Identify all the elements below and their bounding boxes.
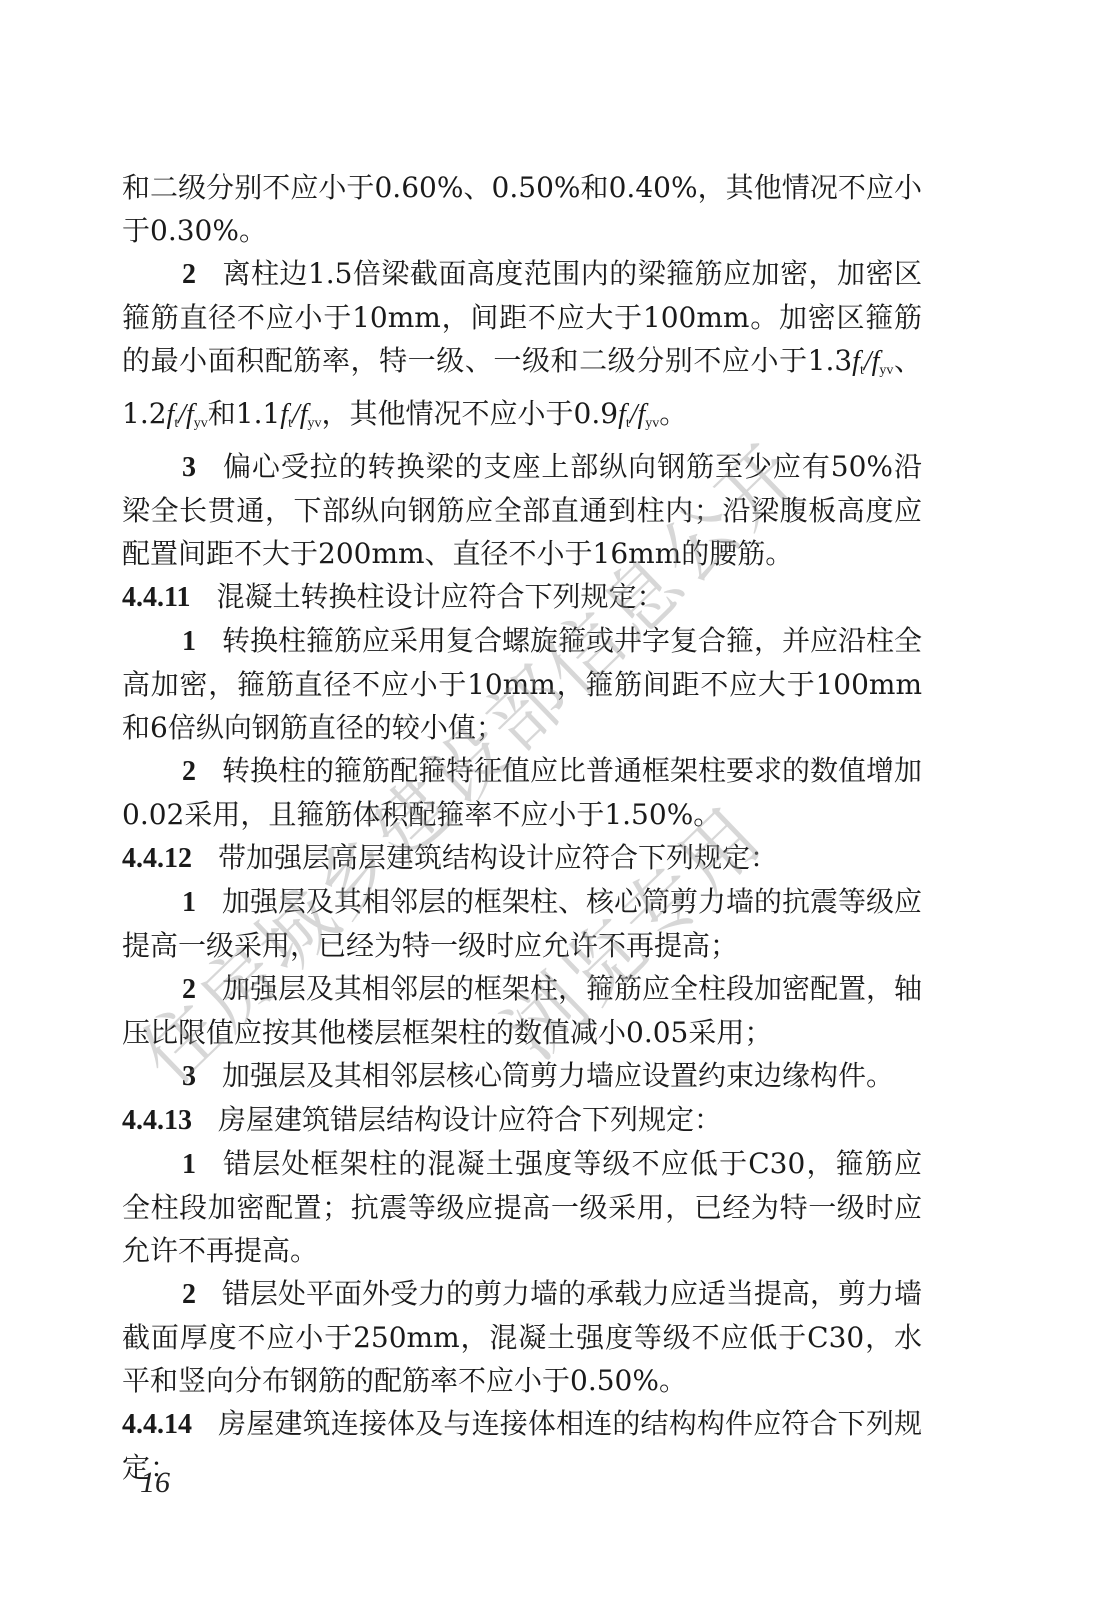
list-item: 1加强层及其相邻层的框架柱、核心筒剪力墙的抗震等级应提高一级采用，已经为特一级时…	[122, 880, 922, 967]
clause-heading: 4.4.14房屋建筑连接体及与连接体相连的结构构件应符合下列规定：	[122, 1402, 922, 1489]
item-number: 3	[182, 1055, 222, 1098]
paragraph-text: 错层处平面外受力的剪力墙的承载力应适当提高，剪力墙截面厚度不应小于250mm，混…	[122, 1277, 922, 1397]
formula: ft/fyv	[167, 399, 208, 430]
list-item: 2转换柱的箍筋配箍特征值应比普通框架柱要求的数值增加0.02采用，且箍筋体积配箍…	[122, 749, 922, 836]
item-number: 2	[182, 1273, 222, 1316]
clause-number: 4.4.12	[122, 837, 192, 880]
item-number: 3	[182, 446, 222, 489]
list-item: 3加强层及其相邻层核心筒剪力墙应设置约束边缘构件。	[122, 1054, 922, 1098]
paragraph-text: 加强层及其相邻层的框架柱，箍筋应全柱段加密配置，轴压比限值应按其他楼层框架柱的数…	[122, 972, 922, 1049]
paragraph-text: 和二级分别不应小于0.60%、0.50%和0.40%，其他情况不应小于0.30%…	[122, 171, 922, 247]
paragraph-continuation: 和二级分别不应小于0.60%、0.50%和0.40%，其他情况不应小于0.30%…	[122, 166, 922, 252]
clause-heading: 4.4.13房屋建筑错层结构设计应符合下列规定：	[122, 1098, 922, 1142]
paragraph-text: 和1.1	[208, 397, 281, 430]
clause-text: 带加强层高层建筑结构设计应符合下列规定：	[218, 841, 778, 874]
list-item: 1错层处框架柱的混凝土强度等级不应低于C30，箍筋应全柱段加密配置；抗震等级应提…	[122, 1142, 922, 1272]
item-number: 1	[182, 620, 222, 663]
clause-text: 房屋建筑连接体及与连接体相连的结构构件应符合下列规定：	[122, 1407, 922, 1484]
clause-number: 4.4.14	[122, 1403, 192, 1446]
item-number: 2	[182, 253, 222, 296]
item-number: 1	[182, 881, 222, 924]
paragraph-text: 离柱边1.5倍梁截面高度范围内的梁箍筋应加密，加密区箍筋直径不应小于10mm，间…	[122, 257, 922, 377]
page-number: 16	[140, 1466, 170, 1500]
document-page: 和二级分别不应小于0.60%、0.50%和0.40%，其他情况不应小于0.30%…	[0, 0, 1103, 1598]
item-number: 2	[182, 968, 222, 1011]
paragraph-text: 偏心受拉的转换梁的支座上部纵向钢筋至少应有50%沿梁全长贯通，下部纵向钢筋应全部…	[122, 450, 922, 570]
formula: ft/fyv	[618, 399, 659, 430]
formula: ft/fyv	[280, 399, 321, 430]
clause-heading: 4.4.11混凝土转换柱设计应符合下列规定：	[122, 575, 922, 619]
paragraph-text: 加强层及其相邻层核心筒剪力墙应设置约束边缘构件。	[222, 1059, 894, 1092]
paragraph-text: ，其他情况不应小于0.9	[322, 397, 619, 430]
list-item: 2加强层及其相邻层的框架柱，箍筋应全柱段加密配置，轴压比限值应按其他楼层框架柱的…	[122, 967, 922, 1054]
paragraph-text: 。	[659, 397, 687, 430]
formula: ft/fyv	[852, 346, 893, 377]
clause-text: 混凝土转换柱设计应符合下列规定：	[216, 580, 664, 613]
list-item: 2错层处平面外受力的剪力墙的承载力应适当提高，剪力墙截面厚度不应小于250mm，…	[122, 1272, 922, 1402]
clause-number: 4.4.11	[122, 576, 190, 619]
paragraph-text: 加强层及其相邻层的框架柱、核心筒剪力墙的抗震等级应提高一级采用，已经为特一级时应…	[122, 885, 922, 962]
paragraph-text: 错层处框架柱的混凝土强度等级不应低于C30，箍筋应全柱段加密配置；抗震等级应提高…	[122, 1147, 922, 1267]
clause-number: 4.4.13	[122, 1099, 192, 1142]
paragraph-text: 转换柱的箍筋配箍特征值应比普通框架柱要求的数值增加0.02采用，且箍筋体积配箍率…	[122, 754, 922, 831]
list-item: 3偏心受拉的转换梁的支座上部纵向钢筋至少应有50%沿梁全长贯通，下部纵向钢筋应全…	[122, 445, 922, 575]
clause-text: 房屋建筑错层结构设计应符合下列规定：	[218, 1103, 722, 1136]
item-number: 1	[182, 1143, 222, 1186]
item-number: 2	[182, 750, 222, 793]
list-item: 1转换柱箍筋应采用复合螺旋箍或井字复合箍，并应沿柱全高加密，箍筋直径不应小于10…	[122, 619, 922, 749]
body-text: 和二级分别不应小于0.60%、0.50%和0.40%，其他情况不应小于0.30%…	[122, 166, 922, 1489]
clause-heading: 4.4.12带加强层高层建筑结构设计应符合下列规定：	[122, 836, 922, 880]
paragraph-text: 转换柱箍筋应采用复合螺旋箍或井字复合箍，并应沿柱全高加密，箍筋直径不应小于10m…	[122, 624, 922, 744]
list-item: 2离柱边1.5倍梁截面高度范围内的梁箍筋应加密，加密区箍筋直径不应小于10mm，…	[122, 252, 922, 445]
